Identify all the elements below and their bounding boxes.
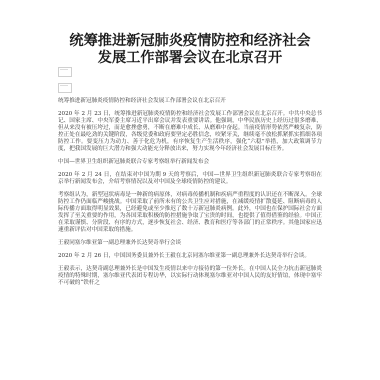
paragraph: 2020 年 2 月 26 日，中国国务委员兼外长王毅在北京同塞尔维亚第一副总理… — [58, 253, 322, 260]
broken-image-icon — [58, 83, 72, 93]
section-heading: 中国—世界卫生组织新冠肺炎联合专家考察组举行新闻发布会 — [58, 159, 322, 166]
title-line-1: 统筹推进新冠肺炎疫情防控和经济社会 — [40, 33, 340, 50]
broken-image-icon — [58, 67, 72, 77]
paragraph: 考察组认为，新型冠状病毒是一种新的病原体，对病毒传播机制和疾病严重程度的认识还在… — [58, 192, 322, 233]
paragraph: 2020 年 2 月 24 日，在结束对中国为期 9 天的考察后，中国—世界卫生… — [58, 172, 322, 186]
document-title: 统筹推进新冠肺炎疫情防控和经济社会 发展工作部署会议在北京召开 — [40, 33, 340, 67]
section-heading: 王毅同塞尔维亚第一副总理兼外长达契奇举行会谈 — [58, 240, 322, 247]
document-body: 统筹推进新冠肺炎疫情防控和经济社会发展工作部署会议在北京召开 2020 年 2 … — [58, 98, 322, 293]
section-heading: 统筹推进新冠肺炎疫情防控和经济社会发展工作部署会议在北京召开 — [58, 98, 322, 105]
title-line-2: 发展工作部署会议在北京召开 — [40, 50, 340, 67]
paragraph: 王毅表示，达契奇副总理兼外长是中国发生疫情以来中方接待的第一位外长。在中国人民全… — [58, 266, 322, 287]
paragraph: 2020 年 2 月 23 日，统筹推进新冠肺炎疫情防控和经济社会发展工作部署会… — [58, 111, 322, 152]
document-page: 统筹推进新冠肺炎疫情防控和经济社会 发展工作部署会议在北京召开 统筹推进新冠肺炎… — [0, 0, 380, 380]
